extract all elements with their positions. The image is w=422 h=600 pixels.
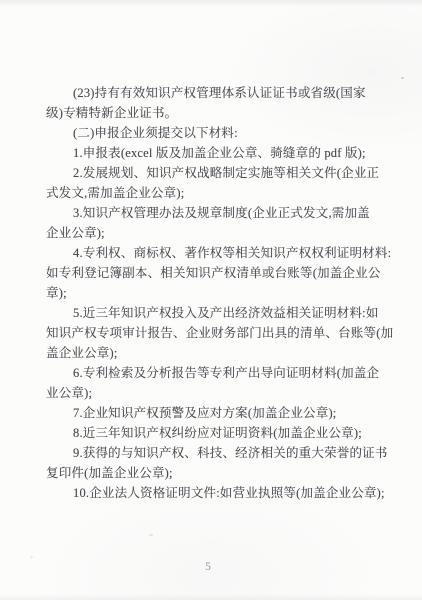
text-line: 如专利登记簿副本、相关知识产权清单或台账等(加盖企业公 <box>46 263 386 283</box>
scan-edge-artifact-bottom <box>0 594 422 600</box>
text-line: 业公章); <box>46 383 386 403</box>
text-line: 式发文,需加盖企业公章); <box>46 183 386 203</box>
text-line: 5.近三年知识产权投入及产出经济效益相关证明材料:如 <box>46 303 386 323</box>
text-line: 2.发展规划、知识产权战略制定实施等相关文件(企业正 <box>46 163 386 183</box>
text-line: 盖企业公章); <box>46 343 386 363</box>
scan-speck <box>149 534 153 536</box>
document-body: (23)持有有效知识产权管理体系认证证书或省级(国家级)专精特新企业证书。(二)… <box>46 83 386 503</box>
text-line: 6.专利检索及分析报告等专利产出导向证明材料(加盖企 <box>46 363 386 383</box>
page-number: 5 <box>0 560 416 575</box>
text-line: 1.申报表(excel 版及加盖企业公章、骑缝章的 pdf 版); <box>46 143 386 163</box>
text-line: 级)专精特新企业证书。 <box>46 103 386 123</box>
text-line: 8.近三年知识产权纠纷应对证明资料(加盖企业公章); <box>46 423 386 443</box>
text-line: 4.专利权、商标权、著作权等相关知识产权权利证明材料: <box>46 243 386 263</box>
text-line: 10.企业法人资格证明文件:如营业执照等(加盖企业公章); <box>46 483 386 503</box>
scan-speck <box>401 77 404 79</box>
text-line: (二)申报企业须提交以下材料: <box>46 123 386 143</box>
scan-edge-artifact-top <box>0 0 422 7</box>
text-line: 7.企业知识产权预警及应对方案(加盖企业公章); <box>46 403 386 423</box>
text-line: 知识产权专项审计报告、企业财务部门出具的清单、台账等(加 <box>46 323 386 343</box>
scan-speck <box>30 556 33 558</box>
text-line: (23)持有有效知识产权管理体系认证证书或省级(国家 <box>46 83 386 103</box>
text-line: 章); <box>46 283 386 303</box>
scanned-document-page: (23)持有有效知识产权管理体系认证证书或省级(国家级)专精特新企业证书。(二)… <box>0 0 422 600</box>
text-line: 复印件(加盖企业公章); <box>46 463 386 483</box>
text-line: 9.获得的与知识产权、科技、经济相关的重大荣誉的证书 <box>46 443 386 463</box>
text-line: 企业公章); <box>46 223 386 243</box>
text-line: 3.知识产权管理办法及规章制度(企业正式发文,需加盖 <box>46 203 386 223</box>
